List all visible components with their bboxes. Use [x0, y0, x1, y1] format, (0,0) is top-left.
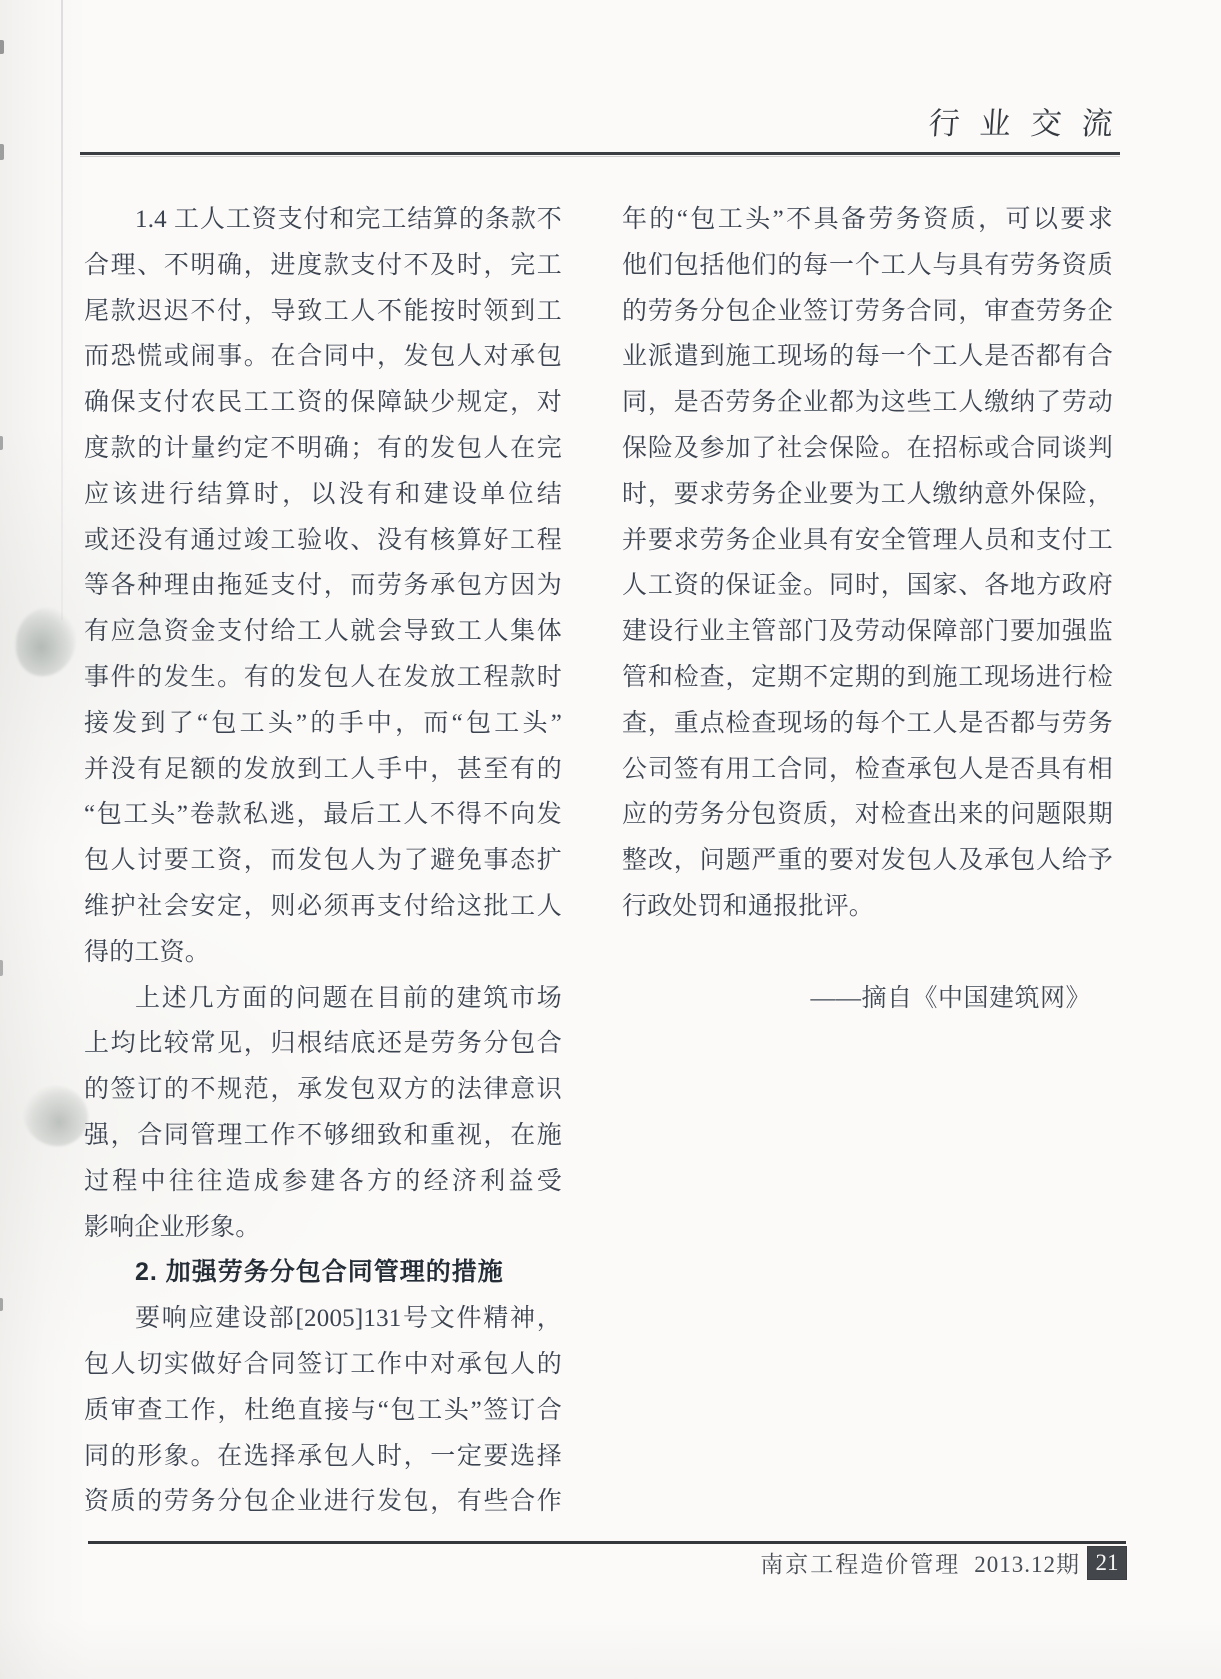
- text-line: 事件的发生。有的发包人在发放工程款时直: [84, 655, 562, 701]
- text-line: 或还没有通过竣工验收、没有核算好工程量: [84, 518, 562, 564]
- text-line: 影响企业形象。: [84, 1205, 562, 1251]
- text-line: 尾款迟迟不付，导致工人不能按时领到工资: [84, 289, 562, 335]
- text-line: 保险及参加了社会保险。在招标或合同谈判: [622, 426, 1113, 472]
- scan-speck-artifact: [0, 1298, 3, 1311]
- text-line: 建设行业主管部门及劳动保障部门要加强监: [622, 609, 1113, 655]
- text-line: 等各种理由拖延支付，而劳务承包方因为没: [84, 563, 562, 609]
- text-line: 查，重点检查现场的每个工人是否都与劳务: [622, 701, 1113, 747]
- footer-rule: [88, 1541, 1126, 1544]
- scan-smudge-artifact: [16, 608, 76, 676]
- page-header-title: 行业交流: [927, 98, 1134, 143]
- text-line: 同，是否劳务企业都为这些工人缴纳了劳动: [622, 380, 1113, 426]
- scan-speck-artifact: [0, 144, 4, 160]
- text-line: 包人讨要工资，而发包人为了避免事态扩大: [84, 838, 562, 884]
- source-attribution: ——摘自《中国建筑网》: [622, 976, 1113, 1022]
- text-line: 1.4 工人工资支付和完工结算的条款不: [84, 197, 562, 243]
- text-line: 公司签有用工合同，检查承包人是否具有相: [622, 747, 1113, 793]
- text-line: 上述几方面的问题在目前的建筑市场: [84, 976, 562, 1022]
- text-line: 强，合同管理工作不够细致和重视，在施工: [84, 1113, 562, 1159]
- footer-journal-title: 南京工程造价管理: [760, 1546, 960, 1579]
- text-line: 的劳务分包企业签订劳务合同，审查劳务企: [622, 289, 1113, 335]
- text-line: 确保支付农民工工资的保障缺少规定，对进: [84, 380, 562, 426]
- text-line: 同的形象。在选择承包人时，一定要选择有: [84, 1434, 562, 1480]
- text-line: 有应急资金支付给工人就会导致工人集体性: [84, 609, 562, 655]
- section-heading: 2. 加强劳务分包合同管理的措施: [84, 1250, 562, 1296]
- scan-edge-line-artifact: [61, 0, 63, 620]
- text-line: 的签订的不规范，承发包双方的法律意识不: [84, 1067, 562, 1113]
- scan-smudge-artifact: [24, 1086, 88, 1146]
- text-line: 他们包括他们的每一个工人与具有劳务资质: [622, 243, 1113, 289]
- text-line: 维护社会安定，则必须再支付给这批工人应: [84, 884, 562, 930]
- text-line: 上均比较常见，归根结底还是劳务分包合同: [84, 1021, 562, 1067]
- text-line: 整改，问题严重的要对发包人及承包人给予: [622, 838, 1113, 884]
- text-line: 度款的计量约定不明确；有的发包人在完工: [84, 426, 562, 472]
- page-footer: 南京工程造价管理 2013.12期 21: [760, 1546, 1126, 1579]
- text-line: 应该进行结算时，以没有和建设单位结算、: [84, 472, 562, 518]
- text-line: 人工资的保证金。同时，国家、各地方政府: [622, 563, 1113, 609]
- right-text-column: 年的“包工头”不具备劳务资质，可以要求他们包括他们的每一个工人与具有劳务资质的劳…: [622, 197, 1113, 1021]
- text-line: “包工头”卷款私逃，最后工人不得不向发: [84, 792, 562, 838]
- scan-speck-artifact: [0, 436, 3, 450]
- text-line: 管和检查，定期不定期的到施工现场进行检: [622, 655, 1113, 701]
- text-line: 过程中往往造成参建各方的经济利益受损，: [84, 1159, 562, 1205]
- scan-speck-artifact: [0, 40, 4, 54]
- footer-issue: 2013.12期: [974, 1546, 1080, 1579]
- text-line: 年的“包工头”不具备劳务资质，可以要求: [622, 197, 1113, 243]
- text-line: 而恐慌或闹事。在合同中，发包人对承包人: [84, 334, 562, 380]
- text-line: 并没有足额的发放到工人手中，甚至有的: [84, 747, 562, 793]
- header-rule: [80, 152, 1120, 155]
- text-line: 接发到了“包工头”的手中，而“包工头”: [84, 701, 562, 747]
- page-number-badge: 21: [1088, 1547, 1126, 1579]
- text-line: 并要求劳务企业具有安全管理人员和支付工: [622, 518, 1113, 564]
- text-line: 质审查工作，杜绝直接与“包工头”签订合: [84, 1388, 562, 1434]
- text-line: 要响应建设部[2005]131号文件精神，发: [84, 1296, 562, 1342]
- text-line: 得的工资。: [84, 930, 562, 976]
- text-line: 业派遣到施工现场的每一个工人是否都有合: [622, 334, 1113, 380]
- text-line: 包人切实做好合同签订工作中对承包人的资: [84, 1342, 562, 1388]
- scan-speck-artifact: [0, 960, 3, 976]
- text-line: 时，要求劳务企业要为工人缴纳意外保险，: [622, 472, 1113, 518]
- text-line: 合理、不明确，进度款支付不及时，完工时: [84, 243, 562, 289]
- text-line: 应的劳务分包资质，对检查出来的问题限期: [622, 792, 1113, 838]
- blank-line: [622, 930, 1113, 976]
- text-line: 行政处罚和通报批评。: [622, 884, 1113, 930]
- left-text-column: 1.4 工人工资支付和完工结算的条款不合理、不明确，进度款支付不及时，完工时尾款…: [84, 197, 562, 1525]
- scanned-journal-page: 行业交流 1.4 工人工资支付和完工结算的条款不合理、不明确，进度款支付不及时，…: [0, 0, 1221, 1679]
- text-line: 资质的劳务分包企业进行发包，有些合作多: [84, 1479, 562, 1525]
